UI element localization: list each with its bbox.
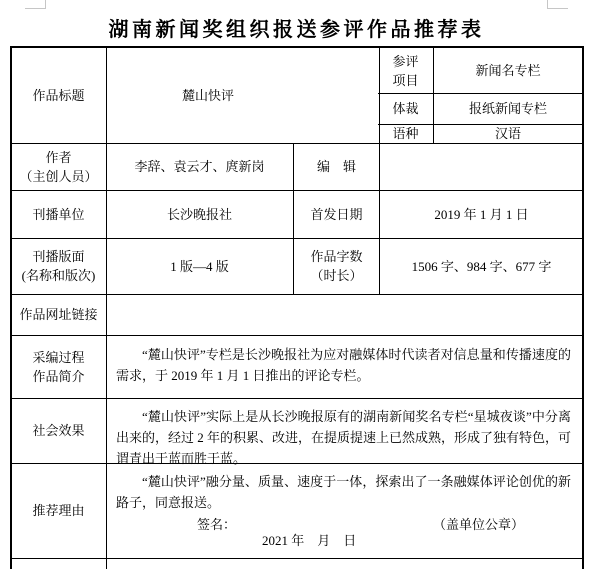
cell-publish-layout-value: 1 版—4 版 <box>106 238 293 294</box>
genre-label: 体裁 <box>392 99 418 118</box>
cell-recommendation-label: 推荐理由 <box>11 463 106 558</box>
cell-language-value: 汉语 <box>433 124 583 143</box>
word-count-value: 1506 字、984 字、677 字 <box>412 257 552 276</box>
work-title-value: 麓山快评 <box>182 86 234 105</box>
cell-work-title-value: 麓山快评 <box>106 48 310 143</box>
social-effect-paragraph: “麓山快评”实际上是从长沙晚报原有的湖南新闻奖名专栏“星城夜谈”中分离出来的，经… <box>106 398 583 463</box>
cell-editor-value <box>380 143 583 190</box>
cell-work-title-label: 作品标题 <box>11 48 106 143</box>
cell-url-link-value <box>106 294 583 335</box>
publish-layout-value: 1 版—4 版 <box>170 257 229 276</box>
word-count-label-line2: （时长） <box>310 266 362 285</box>
url-link-label: 作品网址链接 <box>19 305 97 324</box>
document-page: 湖南新闻奖组织报送参评作品推荐表 作品标题 麓山快评 参评项目 新闻名专栏 体裁… <box>0 0 593 569</box>
entry-category-value: 新闻名专栏 <box>475 61 540 80</box>
signature-label: 签名： <box>197 517 236 532</box>
language-value: 汉语 <box>495 126 521 142</box>
signature-date-line: 2021 年 月 日 <box>262 533 356 548</box>
publish-org-value: 长沙晚报社 <box>167 205 232 224</box>
publish-layout-label-line1: 刊播版面 <box>32 247 84 266</box>
cell-authors-label: 作者 （主创人员） <box>11 143 106 190</box>
cell-first-publish-date-label: 首发日期 <box>293 190 380 238</box>
cell-entry-category-label: 参评项目 <box>378 48 433 93</box>
word-count-label-line1: 作品字数 <box>310 247 362 266</box>
margin-crop-mark-top-left-h <box>25 8 46 9</box>
cell-publish-org-label: 刊播单位 <box>11 190 106 238</box>
cell-language-label: 语种 <box>378 124 433 143</box>
authors-label-line2: （主创人员） <box>19 167 97 186</box>
cell-publish-org-value: 长沙晚报社 <box>106 190 293 238</box>
margin-crop-mark-top-left-v <box>45 0 46 9</box>
recommendation-label: 推荐理由 <box>32 501 84 520</box>
cell-genre-value: 报纸新闻专栏 <box>433 93 583 124</box>
language-label: 语种 <box>392 126 418 142</box>
editor-label: 编 辑 <box>317 157 356 176</box>
table-grid-line <box>11 558 583 559</box>
publish-layout-label-line2: (名称和版次) <box>22 266 96 285</box>
cell-first-publish-date-value: 2019 年 1 月 1 日 <box>380 190 583 238</box>
intro-label-line2: 作品简介 <box>32 367 84 386</box>
first-publish-date-label: 首发日期 <box>310 205 362 224</box>
intro-label-line1: 采编过程 <box>32 348 84 367</box>
margin-crop-mark-top-right-h <box>547 8 568 9</box>
entry-category-label: 参评项目 <box>391 52 420 90</box>
cell-word-count-value: 1506 字、984 字、677 字 <box>380 238 583 294</box>
cell-publish-layout-label: 刊播版面 (名称和版次) <box>11 238 106 294</box>
cell-social-effect-label: 社会效果 <box>11 398 106 463</box>
form-title: 湖南新闻奖组织报送参评作品推荐表 <box>0 13 593 42</box>
authors-label-line1: 作者 <box>45 148 71 167</box>
social-effect-label: 社会效果 <box>32 421 84 440</box>
official-seal-note: （盖单位公章） <box>433 517 524 532</box>
cell-authors-value: 李辞、袁云才、庹新岗 <box>106 143 293 190</box>
first-publish-date-value: 2019 年 1 月 1 日 <box>434 205 528 224</box>
margin-crop-mark-top-right-v <box>547 0 548 9</box>
intro-paragraph: “麓山快评”专栏是长沙晚报社为应对融媒体时代读者对信息量和传播速度的需求，于 2… <box>106 335 583 398</box>
cell-genre-label: 体裁 <box>378 93 433 124</box>
cell-intro-label: 采编过程 作品简介 <box>11 335 106 398</box>
recommendation-paragraph: “麓山快评”融分量、质量、速度于一体，探索出了一条融媒体评论创优的新路子，同意报… <box>106 463 583 521</box>
publish-org-label: 刊播单位 <box>32 205 84 224</box>
cell-entry-category-value: 新闻名专栏 <box>433 48 583 93</box>
cell-word-count-label: 作品字数 （时长） <box>293 238 380 294</box>
cell-url-link-label: 作品网址链接 <box>11 294 106 335</box>
cell-editor-label: 编 辑 <box>293 143 380 190</box>
genre-value: 报纸新闻专栏 <box>469 99 547 118</box>
work-title-label: 作品标题 <box>32 86 84 105</box>
authors-value: 李辞、袁云才、庹新岗 <box>134 157 264 176</box>
